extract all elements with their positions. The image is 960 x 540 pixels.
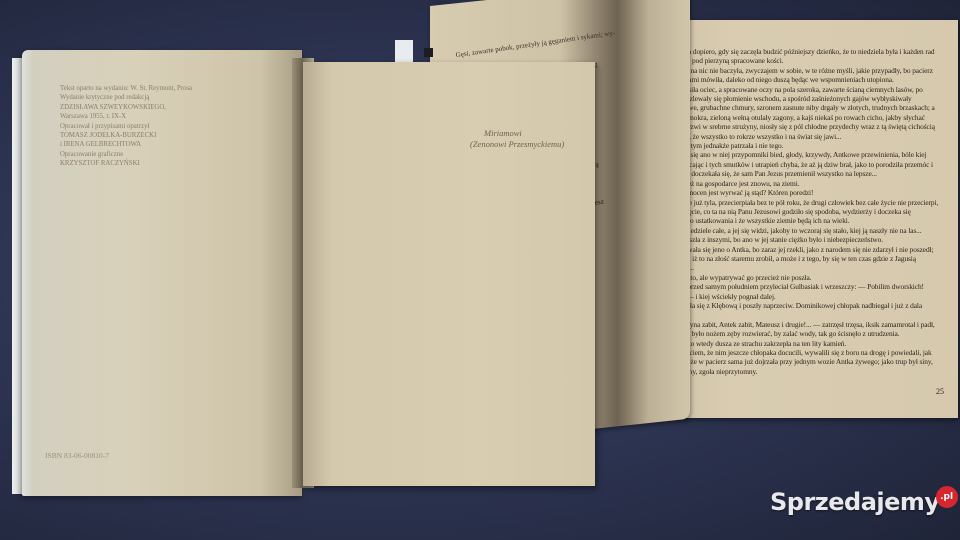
body-paragraph: A ona to wtedy dusza ze strachu zakrzepł… <box>660 339 940 348</box>
imprint-line: Wydanie krytyczne pod redakcją <box>60 93 260 102</box>
dedication-page <box>303 62 595 486</box>
imprint-line: TOMASZ JODEŁKA-BURZECKI <box>60 131 260 140</box>
body-paragraph: Wyszła dopiero, gdy się zaczęła budzić p… <box>660 47 940 66</box>
body-paragraph: Jawiły się ano w niej przypomniki bied, … <box>660 150 940 178</box>
body-paragraph: Nawet na nic nie baczyła, zwyczajem w so… <box>660 66 940 85</box>
body-paragraph: Zaszła to, ale wypatrywać go przecież ni… <box>660 273 940 282</box>
body-paragraph: Przecież na gospodarce jest znowu, na zi… <box>660 179 940 188</box>
body-paragraph: Nie poszła z inszymi, bo ano w jej stani… <box>660 235 940 244</box>
photo-scene: Wyszła dopiero, gdy się zaczęła budzić p… <box>0 0 960 540</box>
imprint-line: i IRENA GELBRECHTOWA <box>60 140 260 149</box>
body-paragraph: Zbiegała się z Kłębową i poszły naprzeci… <box>660 301 940 320</box>
page-tab-dark <box>424 48 433 57</box>
sprzedajemy-watermark: Sprzedajemy .pl <box>770 488 958 516</box>
body-paragraph: A kto mocen jest wyrwać ją stąd? Któren … <box>660 188 940 197</box>
body-paragraph: Turbowała się jeno o Antka, bo zaraz jej… <box>660 245 940 273</box>
body-paragraph: — Boryna zabit, Antek zabit, Mateusz i d… <box>660 320 940 339</box>
body-paragraph: Zawsze już tyla, przecierpiała bez te pó… <box>660 198 940 226</box>
imprint-line: Warszawa 1955, t. IX-X <box>60 112 260 121</box>
book-body-text: Wyszła dopiero, gdy się zaczęła budzić p… <box>660 47 940 376</box>
body-paragraph: Trzy niedziele całe, a jej się widzi, ja… <box>660 226 940 235</box>
imprint-line: KRZYSZTOF RACZYŃSKI <box>60 159 260 168</box>
watermark-brand: Sprzedajemy <box>770 488 940 516</box>
imprint-line: Opracowanie graficzne <box>60 150 260 159</box>
dedication-subtitle: (Zenonowi Przesmyckiemu) <box>470 139 600 150</box>
imprint-line: Opracował i przypisami opatrzył <box>60 122 260 131</box>
imprint-line: ZDZISŁAWA SZWEYKOWSKIEGO, <box>60 103 260 112</box>
body-paragraph: Podnosiła ociec, a spracowane oczy na po… <box>660 85 940 141</box>
page-number: 25 <box>936 387 944 396</box>
body-paragraph: Szczęściem, że nim jeszcze chłopaka docu… <box>660 348 940 376</box>
body-paragraph: Nie na tym jednakże patrzała i nie tego. <box>660 141 940 150</box>
isbn-text: ISBN 83-06-00810-7 <box>45 451 109 460</box>
dedication-name: Miriamowi <box>470 128 600 139</box>
body-paragraph: Aż tu przed samym południem przyleciał G… <box>660 282 940 301</box>
imprint-line: Tekst oparto na wydaniu: W. St. Reymont,… <box>60 84 260 93</box>
imprint-text: Tekst oparto na wydaniu: W. St. Reymont,… <box>60 84 260 169</box>
dedication: Miriamowi (Zenonowi Przesmyckiemu) <box>470 128 600 150</box>
watermark-badge: .pl <box>936 486 958 508</box>
